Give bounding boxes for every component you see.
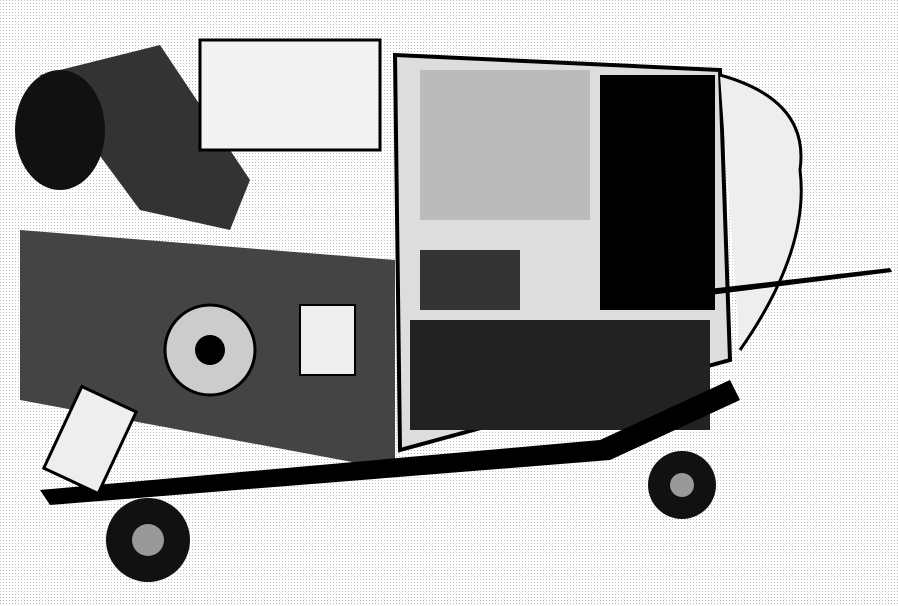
control-box — [200, 40, 380, 150]
wheel-rear — [648, 451, 716, 519]
wheel-front — [106, 498, 190, 582]
machine-photo — [0, 0, 898, 606]
